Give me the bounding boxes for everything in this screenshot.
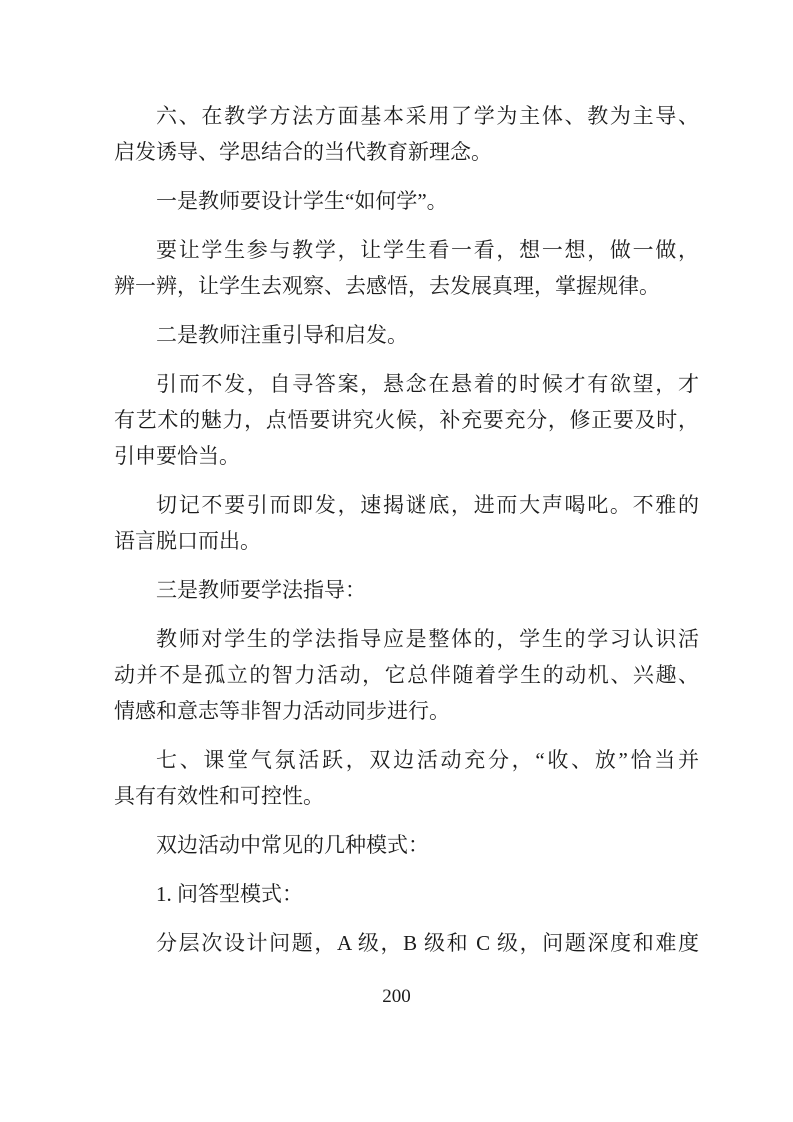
text-line: 双边活动中常见的几种模式： [114, 827, 699, 863]
text-line: 动并不是孤立的智力活动，它总伴随着学生的动机、兴趣、 [114, 657, 699, 693]
document-page: 六、在教学方法方面基本采用了学为主体、教为主导、启发诱导、学思结合的当代教育新理… [0, 0, 793, 1122]
text-line: 具有有效性和可控性。 [114, 778, 699, 814]
paragraph: 一是教师要设计学生“如何学”。 [114, 183, 699, 219]
paragraph: 引而不发，自寻答案，悬念在悬着的时候才有欲望，才有艺术的魅力，点悟要讲究火候，补… [114, 366, 699, 474]
text-line: 辨一辨，让学生去观察、去感悟，去发展真理，掌握规律。 [114, 268, 699, 304]
paragraph: 七、课堂气氛活跃，双边活动充分，“收、放”恰当并具有有效性和可控性。 [114, 742, 699, 814]
text-line: 1. 问答型模式： [114, 876, 699, 912]
text-line: 七、课堂气氛活跃，双边活动充分，“收、放”恰当并 [114, 742, 699, 778]
text-line: 二是教师注重引导和启发。 [114, 317, 699, 353]
paragraph: 六、在教学方法方面基本采用了学为主体、教为主导、启发诱导、学思结合的当代教育新理… [114, 98, 699, 170]
text-line: 情感和意志等非智力活动同步进行。 [114, 693, 699, 729]
text-line: 切记不要引而即发，速揭谜底，进而大声喝叱。不雅的 [114, 487, 699, 523]
paragraph: 双边活动中常见的几种模式： [114, 827, 699, 863]
paragraph: 二是教师注重引导和启发。 [114, 317, 699, 353]
paragraph: 三是教师要学法指导： [114, 572, 699, 608]
text-line: 六、在教学方法方面基本采用了学为主体、教为主导、 [114, 98, 699, 134]
text-line: 教师对学生的学法指导应是整体的，学生的学习认识活 [114, 621, 699, 657]
text-line: 有艺术的魅力，点悟要讲究火候，补充要充分，修正要及时， [114, 402, 699, 438]
text-line: 引申要恰当。 [114, 438, 699, 474]
paragraph: 分层次设计问题，A 级，B 级和 C 级，问题深度和难度 [114, 925, 699, 961]
text-line: 一是教师要设计学生“如何学”。 [114, 183, 699, 219]
page-number: 200 [0, 985, 793, 1009]
text-line: 语言脱口而出。 [114, 523, 699, 559]
paragraph: 要让学生参与教学，让学生看一看，想一想，做一做，辨一辨，让学生去观察、去感悟，去… [114, 232, 699, 304]
text-line: 启发诱导、学思结合的当代教育新理念。 [114, 134, 699, 170]
text-line: 引而不发，自寻答案，悬念在悬着的时候才有欲望，才 [114, 366, 699, 402]
paragraph: 1. 问答型模式： [114, 876, 699, 912]
document-body: 六、在教学方法方面基本采用了学为主体、教为主导、启发诱导、学思结合的当代教育新理… [114, 98, 699, 974]
paragraph: 切记不要引而即发，速揭谜底，进而大声喝叱。不雅的语言脱口而出。 [114, 487, 699, 559]
text-line: 三是教师要学法指导： [114, 572, 699, 608]
text-line: 分层次设计问题，A 级，B 级和 C 级，问题深度和难度 [114, 925, 699, 961]
text-line: 要让学生参与教学，让学生看一看，想一想，做一做， [114, 232, 699, 268]
paragraph: 教师对学生的学法指导应是整体的，学生的学习认识活动并不是孤立的智力活动，它总伴随… [114, 621, 699, 729]
